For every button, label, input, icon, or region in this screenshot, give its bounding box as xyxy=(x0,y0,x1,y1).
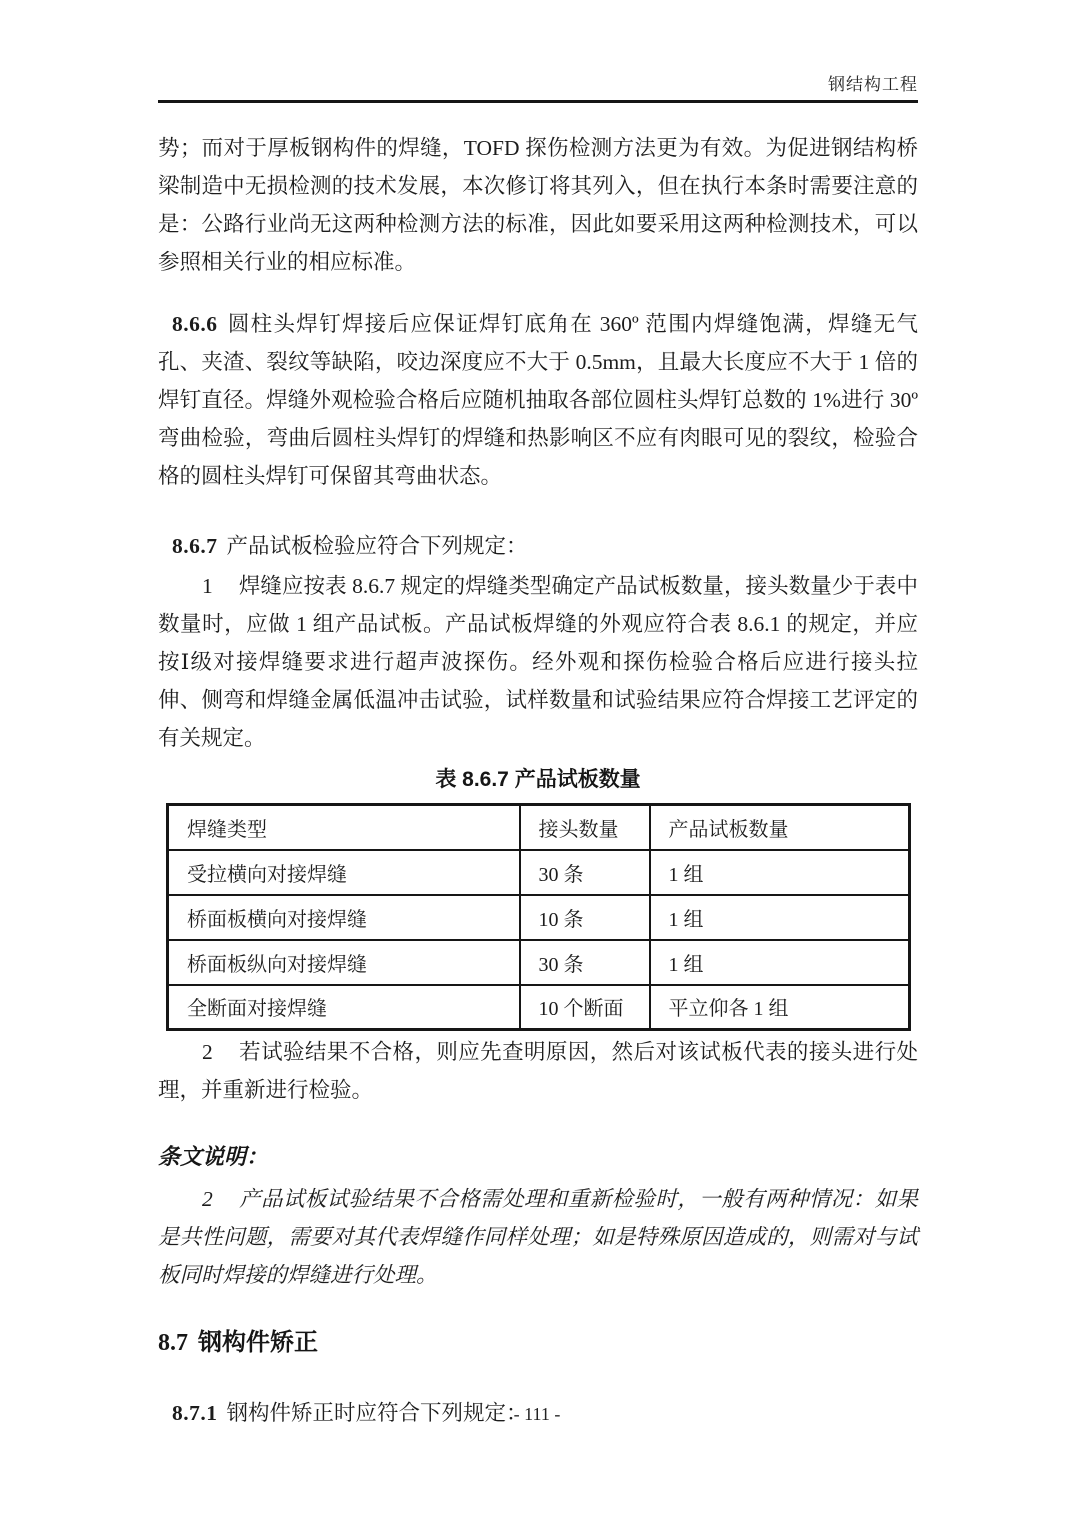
paragraph-continuation: 势；而对于厚板钢构件的焊缝，TOFD 探伤检测方法更为有效。为促进钢结构桥梁制造… xyxy=(158,129,918,281)
column-header-weld-type: 焊缝类型 xyxy=(168,805,520,850)
clause-8-6-6: 8.6.6圆柱头焊钉焊接后应保证焊钉底角在 360º 范围内焊缝饱满，焊缝无气孔… xyxy=(158,305,918,495)
section-heading-number: 8.7 xyxy=(158,1330,188,1356)
table-header-row: 焊缝类型 接头数量 产品试板数量 xyxy=(168,805,910,850)
page-number: - 111 - xyxy=(0,1404,1074,1425)
table-cell: 1 组 xyxy=(650,940,910,985)
table-cell: 1 组 xyxy=(650,850,910,895)
document-page: 钢结构工程 势；而对于厚板钢构件的焊缝，TOFD 探伤检测方法更为有效。为促进钢… xyxy=(0,0,1074,1520)
table-cell: 30 条 xyxy=(520,850,650,895)
section-heading-8-7: 8.7钢构件矫正 xyxy=(158,1328,918,1358)
list-item-2-number: 2 xyxy=(202,1040,213,1064)
clause-8-6-7-text: 产品试板检验应符合下列规定： xyxy=(227,534,528,558)
table-cell: 桥面板纵向对接焊缝 xyxy=(168,940,520,985)
page-content: 钢结构工程 势；而对于厚板钢构件的焊缝，TOFD 探伤检测方法更为有效。为促进钢… xyxy=(158,0,918,1432)
table-row: 受拉横向对接焊缝 30 条 1 组 xyxy=(168,850,910,895)
list-item-1-number: 1 xyxy=(202,574,213,598)
column-header-joint-count: 接头数量 xyxy=(520,805,650,850)
table-row: 全断面对接焊缝 10 个断面 平立仰各 1 组 xyxy=(168,985,910,1030)
table-row: 桥面板横向对接焊缝 10 条 1 组 xyxy=(168,895,910,940)
section-heading-title: 钢构件矫正 xyxy=(198,1330,318,1356)
list-item-1: 1焊缝应按表 8.6.7 规定的焊缝类型确定产品试板数量，接头数量少于表中数量时… xyxy=(158,567,918,757)
table-cell: 10 个断面 xyxy=(520,985,650,1030)
table-cell: 30 条 xyxy=(520,940,650,985)
table-cell: 平立仰各 1 组 xyxy=(650,985,910,1030)
commentary-label: 条文说明： xyxy=(158,1138,918,1176)
list-item-2-text: 若试验结果不合格，则应先查明原因，然后对该试板代表的接头进行处理，并重新进行检验… xyxy=(158,1040,918,1102)
table-cell: 桥面板横向对接焊缝 xyxy=(168,895,520,940)
clause-8-6-6-text: 圆柱头焊钉焊接后应保证焊钉底角在 360º 范围内焊缝饱满，焊缝无气孔、夹渣、裂… xyxy=(158,312,918,488)
commentary-section: 条文说明： 2产品试板试验结果不合格需处理和重新检验时，一般有两种情况：如果是共… xyxy=(158,1138,918,1294)
commentary-item-text: 产品试板试验结果不合格需处理和重新检验时，一般有两种情况：如果是共性问题，需要对… xyxy=(158,1187,918,1287)
product-test-plate-table: 焊缝类型 接头数量 产品试板数量 受拉横向对接焊缝 30 条 1 组 桥面板横向… xyxy=(166,803,911,1031)
list-item-1-text: 焊缝应按表 8.6.7 规定的焊缝类型确定产品试板数量，接头数量少于表中数量时，… xyxy=(158,574,918,750)
table-cell: 10 条 xyxy=(520,895,650,940)
table-cell: 1 组 xyxy=(650,895,910,940)
list-item-2: 2若试验结果不合格，则应先查明原因，然后对该试板代表的接头进行处理，并重新进行检… xyxy=(158,1033,918,1109)
commentary-item-number: 2 xyxy=(202,1187,213,1211)
paragraph-continuation-text: 势；而对于厚板钢构件的焊缝，TOFD 探伤检测方法更为有效。为促进钢结构桥梁制造… xyxy=(158,136,918,274)
table-row: 桥面板纵向对接焊缝 30 条 1 组 xyxy=(168,940,910,985)
table-cell: 受拉横向对接焊缝 xyxy=(168,850,520,895)
commentary-item: 2产品试板试验结果不合格需处理和重新检验时，一般有两种情况：如果是共性问题，需要… xyxy=(158,1180,918,1294)
table-caption: 表 8.6.7 产品试板数量 xyxy=(158,763,918,793)
table-cell: 全断面对接焊缝 xyxy=(168,985,520,1030)
column-header-plate-count: 产品试板数量 xyxy=(650,805,910,850)
running-header-title: 钢结构工程 xyxy=(828,75,918,94)
clause-8-6-6-number: 8.6.6 xyxy=(172,312,218,336)
clause-8-6-7-number: 8.6.7 xyxy=(172,534,218,558)
running-header: 钢结构工程 xyxy=(158,0,918,103)
clause-8-6-7: 8.6.7产品试板检验应符合下列规定： xyxy=(158,527,918,565)
